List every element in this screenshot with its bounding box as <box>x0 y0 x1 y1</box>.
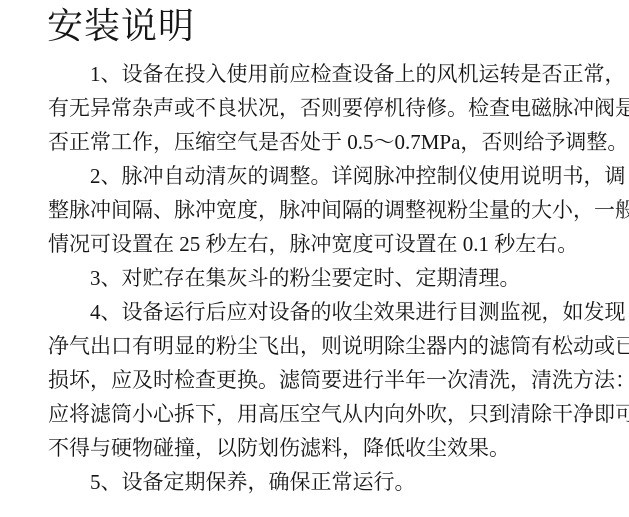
text-line: 情况可设置在 25 秒左右，脉冲宽度可设置在 0.1 秒左右。 <box>48 227 615 261</box>
text-line: 1、设备在投入使用前应检查设备上的风机运转是否正常， <box>48 57 615 91</box>
text-line: 应将滤筒小心拆下，用高压空气从内向外吹，只到清除干净即可， <box>48 397 615 431</box>
document-title: 安装说明 <box>0 0 629 48</box>
text-line: 否正常工作，压缩空气是否处于 0.5～0.7MPa，否则给予调整。 <box>48 125 615 159</box>
document-page: 安装说明 1、设备在投入使用前应检查设备上的风机运转是否正常， 有无异常杂声或不… <box>0 0 629 517</box>
text-line: 有无异常杂声或不良状况，否则要停机待修。检查电磁脉冲阀是 <box>48 91 615 125</box>
document-body: 1、设备在投入使用前应检查设备上的风机运转是否正常， 有无异常杂声或不良状况，否… <box>48 57 615 499</box>
text-line: 不得与硬物碰撞，以防划伤滤料，降低收尘效果。 <box>48 431 615 465</box>
text-line: 整脉冲间隔、脉冲宽度，脉冲间隔的调整视粉尘量的大小，一般 <box>48 193 615 227</box>
text-line: 4、设备运行后应对设备的收尘效果进行目测监视，如发现 <box>48 295 615 329</box>
text-line: 净气出口有明显的粉尘飞出，则说明除尘器内的滤筒有松动或已 <box>48 329 615 363</box>
text-line: 2、脉冲自动清灰的调整。详阅脉冲控制仪使用说明书，调 <box>48 159 615 193</box>
text-line: 5、设备定期保养，确保正常运行。 <box>48 465 615 499</box>
text-line: 3、对贮存在集灰斗的粉尘要定时、定期清理。 <box>48 261 615 295</box>
text-line: 损坏，应及时检查更换。滤筒要进行半年一次清洗，清洗方法： <box>48 363 615 397</box>
